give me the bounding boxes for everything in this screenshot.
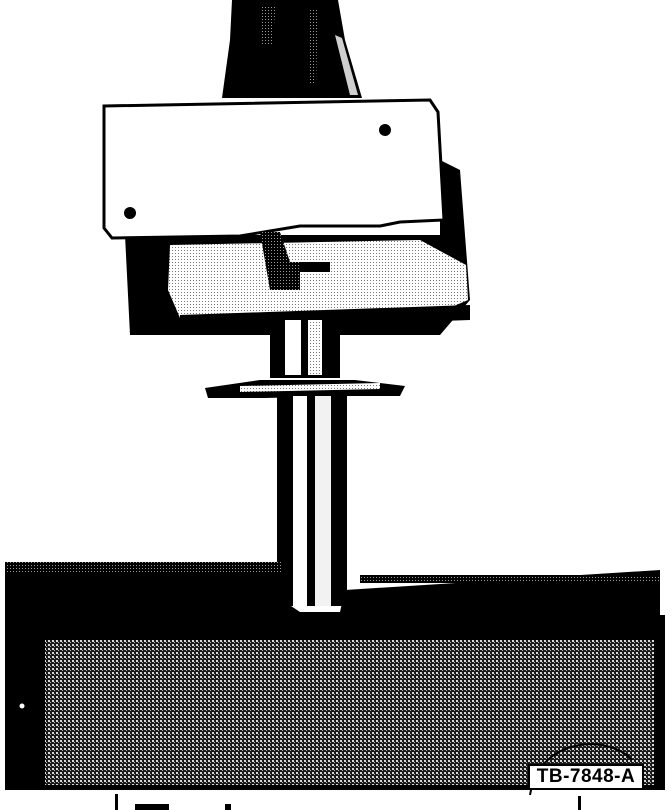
tube-upper [270,318,340,378]
sender-tubes [277,396,347,606]
cover-plate [104,100,444,238]
figure-label: TB-7848-A [528,764,644,790]
bottom-leader-line [115,794,118,810]
mounting-flange [168,232,470,330]
mounting-hole-right [379,124,391,136]
sender-unit-photo [0,0,672,810]
mounting-hole-left [124,207,136,219]
wire-bundle [222,0,362,98]
